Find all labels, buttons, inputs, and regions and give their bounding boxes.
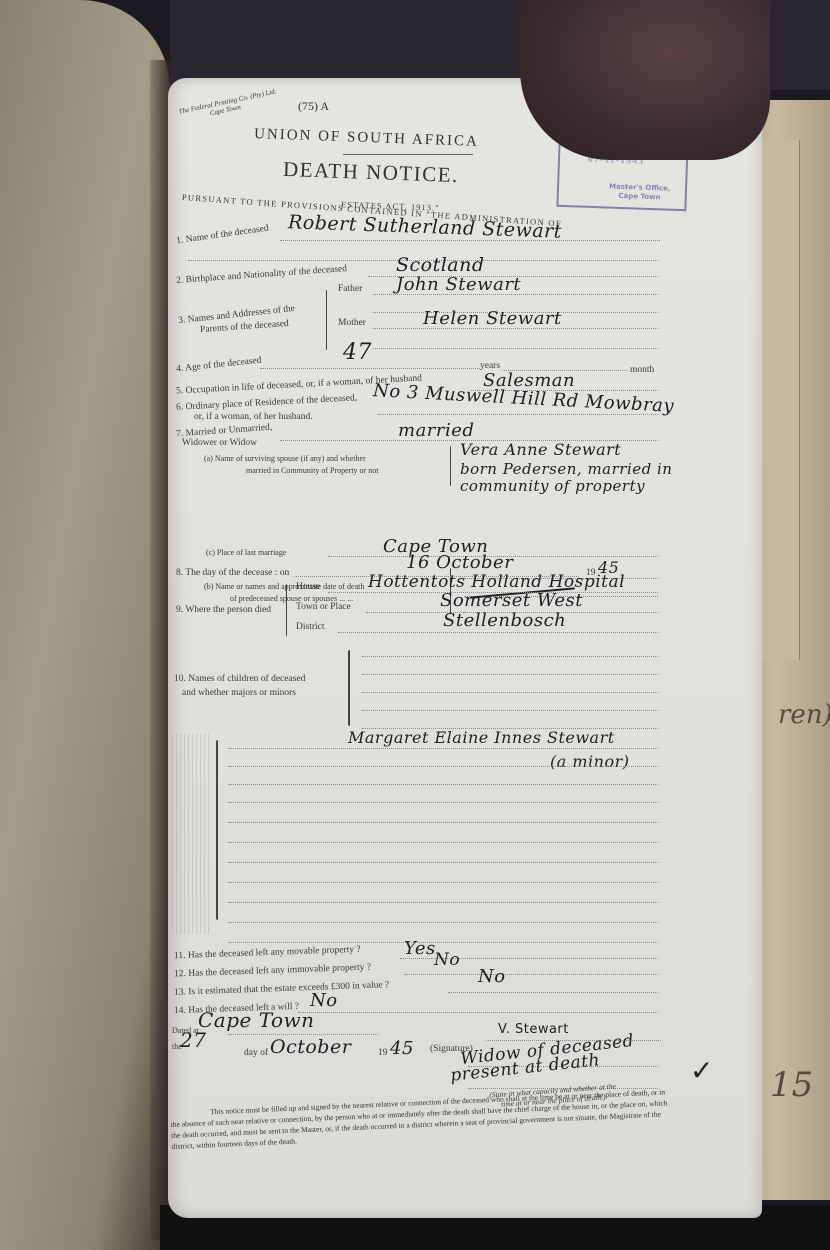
district-label: District <box>296 622 325 632</box>
sig-year-suffix: 45 <box>390 1038 414 1059</box>
field-label-marital: 7. Married or Unmarried, <box>176 423 273 440</box>
dotted-line <box>228 902 658 903</box>
house-label: House <box>296 582 320 592</box>
month-label: month <box>630 365 654 375</box>
dotted-line <box>362 656 658 657</box>
field-value-age: 47 <box>343 340 372 365</box>
page-title: DEATH NOTICE. <box>283 157 460 188</box>
field-label-residence: 6. Ordinary place of Residence of the de… <box>176 393 357 412</box>
field-label-residence-2: or, if a woman, of her husband. <box>194 412 313 422</box>
mother-value: Helen Stewart <box>423 308 562 329</box>
dated-at-value: Cape Town <box>198 1008 315 1032</box>
signature-value: V. Stewart <box>498 1022 569 1037</box>
dotted-line <box>228 842 658 843</box>
field-label-age: 4. Age of the deceased <box>176 356 262 375</box>
dotted-line <box>228 766 658 767</box>
dotted-line <box>260 368 480 369</box>
field-label-last-marriage: (c) Place of last marriage <box>206 548 286 557</box>
dotted-line <box>362 692 658 693</box>
dotted-line <box>228 882 658 883</box>
dotted-line <box>228 862 658 863</box>
stamp-office: Master's Office, Cape Town <box>609 183 671 203</box>
sig-year-prefix: 19 <box>378 1048 388 1058</box>
town-label: Town or Place <box>296 602 351 612</box>
brace <box>348 650 350 726</box>
field-label-marital-2: Widower or Widow <box>182 438 257 448</box>
father-label: Father <box>338 284 362 294</box>
district-value: Stellenbosch <box>443 610 566 631</box>
field-label-exceeds: 13. Is it estimated that the estate exce… <box>174 980 389 998</box>
dotted-line <box>228 748 658 749</box>
underlying-page-edge <box>760 140 800 660</box>
field-value-exceeds: No <box>478 966 506 987</box>
field-value-spouse-2: born Pedersen, married in <box>460 460 672 478</box>
dotted-line <box>404 974 658 975</box>
form-number: (75) A <box>298 99 329 114</box>
field-value-marital: married <box>398 420 474 441</box>
field-label-movable: 11. Has the deceased left any movable pr… <box>174 945 361 962</box>
brace <box>286 584 287 636</box>
town-value: Somerset West <box>440 590 583 611</box>
dotted-line <box>228 822 658 823</box>
mother-label: Mother <box>338 318 366 328</box>
field-label-immovable: 12. Has the deceased left any immovable … <box>174 963 371 980</box>
brace <box>326 290 327 350</box>
title-rule <box>343 154 473 155</box>
field-value-day-of-decease: 16 October <box>406 552 513 573</box>
child-value-1: Margaret Elaine Innes Stewart <box>348 728 615 747</box>
field-value-spouse-3: community of property <box>460 477 645 495</box>
dotted-line <box>228 1034 378 1035</box>
field-value-spouse-1: Vera Anne Stewart <box>460 440 621 459</box>
dotted-line <box>362 674 658 675</box>
brace <box>450 446 451 486</box>
vertical-instructions-text <box>172 734 212 934</box>
day-value: 27 <box>180 1028 206 1052</box>
thumb-holding-page <box>520 0 770 160</box>
house-value: Hottentots Holland Hospital <box>368 572 625 592</box>
field-value-birthplace: Scotland <box>396 254 485 276</box>
field-label-spouse: (a) Name of surviving spouse (if any) an… <box>204 454 366 463</box>
field-label-name: 1. Name of the deceased <box>176 224 270 247</box>
check-mark-icon: ✓ <box>690 1054 713 1087</box>
field-value-immovable: No <box>434 950 460 970</box>
dotted-line <box>298 1012 658 1013</box>
dotted-line <box>280 240 660 241</box>
dotted-line <box>228 942 658 943</box>
field-label-place-died: 9. Where the person died <box>176 605 271 615</box>
death-notice-page: The Federal Printing Co. (Pty) Ltd. Cape… <box>168 78 762 1218</box>
month-value: October <box>270 1036 351 1058</box>
footer-instruction-note: This notice must be filled up and signed… <box>170 1086 671 1152</box>
underlying-page-scrawl: ren) <box>778 700 830 730</box>
field-label-birthplace: 2. Birthplace and Nationality of the dec… <box>176 264 347 286</box>
day-of-label: day of <box>244 1048 268 1058</box>
dotted-line <box>338 632 658 633</box>
child-value-2: (a minor) <box>550 752 629 771</box>
dotted-line <box>228 922 658 923</box>
field-label-predeceased: (b) Name or names and approximate date o… <box>204 582 364 591</box>
brace <box>216 740 218 920</box>
dotted-line <box>448 992 658 993</box>
dotted-line <box>362 710 658 711</box>
heading-union: UNION OF SOUTH AFRICA <box>254 126 479 151</box>
field-label-day-of-decease: 8. The day of the decease : on <box>176 568 289 578</box>
field-value-movable: Yes <box>404 938 436 959</box>
underlying-page-scrawl-2: 15 <box>770 1065 813 1105</box>
field-label-children-2: and whether majors or minors <box>182 688 296 698</box>
field-label-spouse-2: married in Community of Property or not <box>246 466 378 475</box>
dotted-line <box>378 414 658 415</box>
dotted-line <box>373 348 658 349</box>
binder-cover-left <box>0 0 170 1250</box>
printer-imprint: The Federal Printing Co. (Pty) Ltd. Cape… <box>178 87 279 123</box>
father-value: John Stewart <box>396 274 521 295</box>
dotted-line <box>228 802 658 803</box>
field-label-children: 10. Names of children of deceased <box>174 674 305 684</box>
dotted-line <box>228 784 658 785</box>
